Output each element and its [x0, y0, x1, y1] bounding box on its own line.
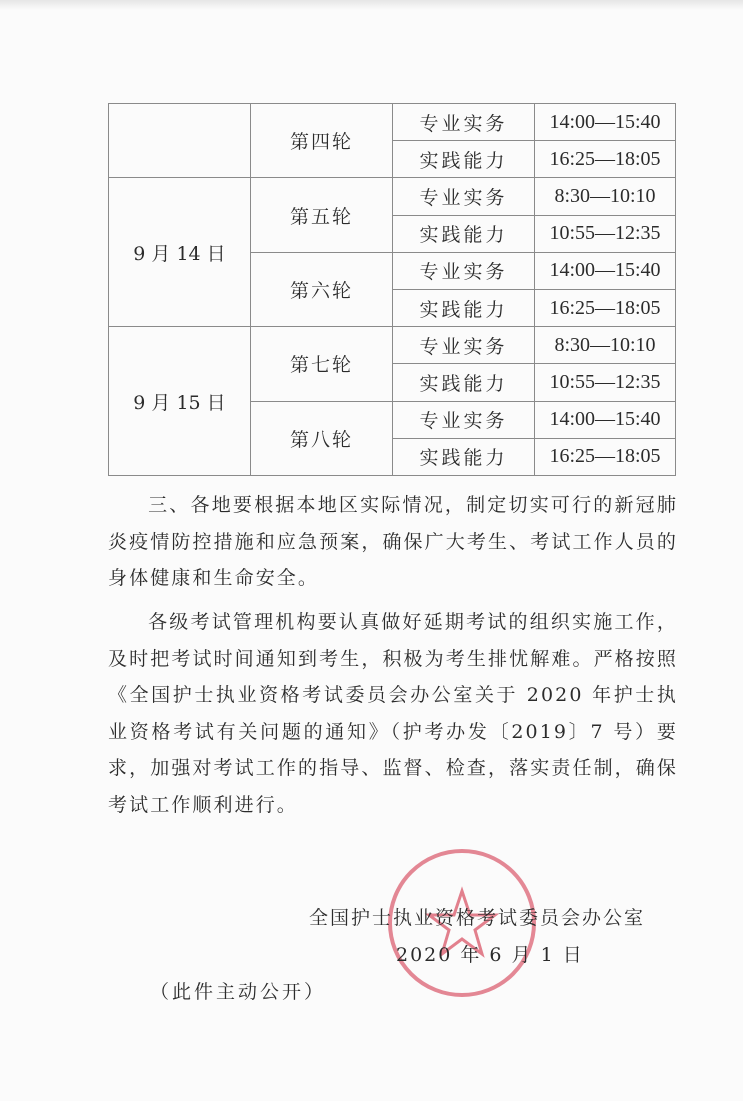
table-row: 9 月 14 日 第五轮 专业实务 8:30—10:10 — [109, 178, 676, 215]
issue-date: 2020 年 6 月 1 日 — [396, 940, 584, 967]
exam-schedule-table: 第四轮 专业实务 14:00—15:40 实践能力 16:25—18:05 9 … — [108, 103, 676, 476]
scan-edge-shadow — [0, 0, 743, 10]
round-cell: 第六轮 — [251, 252, 393, 326]
time-cell: 14:00—15:40 — [535, 401, 676, 438]
subject-cell: 专业实务 — [393, 178, 535, 215]
date-cell: 9 月 15 日 — [109, 327, 251, 476]
issuing-organization: 全国护士执业资格考试委员会办公室 — [309, 903, 645, 930]
date-cell — [109, 104, 251, 178]
time-cell: 10:55—12:35 — [535, 364, 676, 401]
time-cell: 16:25—18:05 — [535, 289, 676, 326]
date-cell: 9 月 14 日 — [109, 178, 251, 327]
time-cell: 16:25—18:05 — [535, 438, 676, 475]
round-cell: 第八轮 — [251, 401, 393, 475]
paragraph-exam-management: 各级考试管理机构要认真做好延期考试的组织实施工作，及时把考试时间通知到考生，积极… — [108, 604, 678, 823]
time-cell: 8:30—10:10 — [535, 327, 676, 364]
paragraph-epidemic-measures: 三、各地要根据本地区实际情况，制定切实可行的新冠肺炎疫情防控措施和应急预案，确保… — [108, 487, 678, 597]
round-cell: 第四轮 — [251, 104, 393, 178]
subject-cell: 专业实务 — [393, 327, 535, 364]
time-cell: 10:55—12:35 — [535, 215, 676, 252]
subject-cell: 专业实务 — [393, 401, 535, 438]
time-cell: 8:30—10:10 — [535, 178, 676, 215]
table-row: 第四轮 专业实务 14:00—15:40 — [109, 104, 676, 141]
round-cell: 第五轮 — [251, 178, 393, 252]
subject-cell: 专业实务 — [393, 104, 535, 141]
subject-cell: 实践能力 — [393, 438, 535, 475]
time-cell: 14:00—15:40 — [535, 252, 676, 289]
disclosure-note: （此件主动公开） — [150, 977, 326, 1004]
table-row: 9 月 15 日 第七轮 专业实务 8:30—10:10 — [109, 327, 676, 364]
time-cell: 16:25—18:05 — [535, 141, 676, 178]
round-cell: 第七轮 — [251, 327, 393, 401]
subject-cell: 实践能力 — [393, 289, 535, 326]
subject-cell: 实践能力 — [393, 364, 535, 401]
time-cell: 14:00—15:40 — [535, 104, 676, 141]
subject-cell: 实践能力 — [393, 215, 535, 252]
subject-cell: 专业实务 — [393, 252, 535, 289]
subject-cell: 实践能力 — [393, 141, 535, 178]
